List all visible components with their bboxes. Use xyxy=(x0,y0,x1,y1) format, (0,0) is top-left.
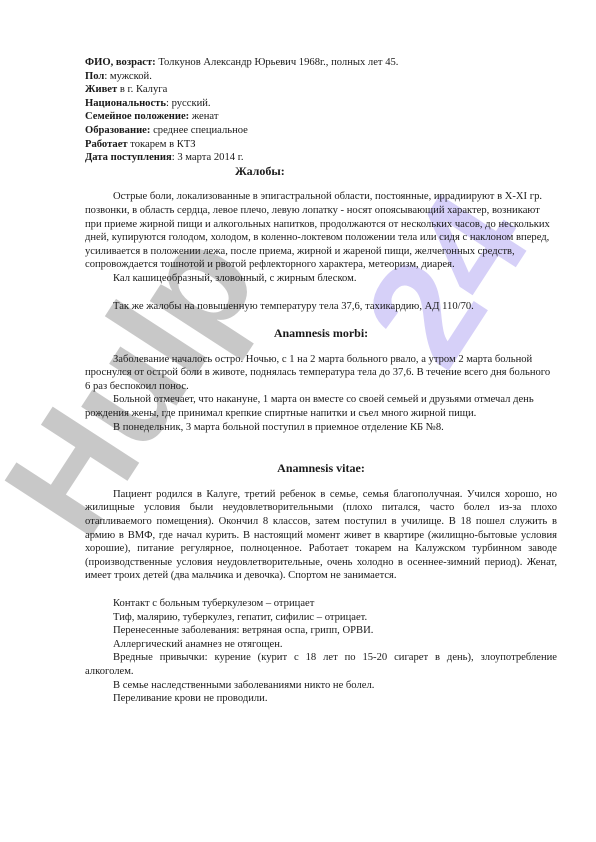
vitae-item-infections: Тиф, малярию, туберкулез, гепатит, сифил… xyxy=(85,611,557,625)
field-label: Пол xyxy=(85,71,104,82)
field-label: Национальность xyxy=(85,98,166,109)
additional-complaints: Так же жалобы на повышенную температуру … xyxy=(85,300,557,314)
complaints-heading: Жалобы: xyxy=(235,165,557,179)
patient-job-line: Работает токарем в КТЗ xyxy=(85,138,557,152)
field-label: ФИО, возраст: xyxy=(85,57,156,68)
patient-name-line: ФИО, возраст: Толкунов Александр Юрьевич… xyxy=(85,56,557,70)
vitae-item-transfusion: Переливание крови не проводили. xyxy=(85,692,557,706)
vitae-paragraph: Пациент родился в Калуге, третий ребенок… xyxy=(85,488,557,583)
anamnesis-vitae-heading: Anamnesis vitae: xyxy=(85,462,557,476)
patient-admission-line: Дата поступления: 3 марта 2014 г. xyxy=(85,151,557,165)
field-value: : 3 марта 2014 г. xyxy=(172,152,244,163)
anamnesis-morbi-heading: Anamnesis morbi: xyxy=(85,327,557,341)
patient-residence-line: Живет в г. Калуга xyxy=(85,83,557,97)
field-label: Дата поступления xyxy=(85,152,172,163)
field-value: женат xyxy=(189,111,218,122)
document-page: Hulp 24 ФИО, возраст: Толкунов Александр… xyxy=(0,0,596,842)
document-content: ФИО, возраст: Толкунов Александр Юрьевич… xyxy=(85,56,557,706)
vitae-item-allergy: Аллергический анамнез не отягощен. xyxy=(85,638,557,652)
field-label: Семейное положение: xyxy=(85,111,189,122)
vitae-item-heredity: В семье наследственными заболеваниями ни… xyxy=(85,679,557,693)
vitae-item-past-diseases: Перенесенные заболевания: ветряная оспа,… xyxy=(85,624,557,638)
stool-paragraph: Кал кашицеобразный, зловонный, с жирным … xyxy=(85,272,557,286)
field-value: : мужской. xyxy=(104,71,152,82)
morbi-paragraph-1: Заболевание началось остро. Ночью, с 1 н… xyxy=(85,353,557,394)
patient-sex-line: Пол: мужской. xyxy=(85,70,557,84)
patient-nationality-line: Национальность: русский. xyxy=(85,97,557,111)
vitae-item-tb-contact: Контакт с больным туберкулезом – отрицае… xyxy=(85,597,557,611)
field-value: Толкунов Александр Юрьевич 1968г., полны… xyxy=(156,57,399,68)
field-label: Живет xyxy=(85,84,117,95)
field-label: Образование: xyxy=(85,125,150,136)
patient-marital-line: Семейное положение: женат xyxy=(85,110,557,124)
morbi-paragraph-3: В понедельник, 3 марта больной поступил … xyxy=(85,421,557,435)
field-label: Работает xyxy=(85,139,128,150)
field-value: : русский. xyxy=(166,98,211,109)
vitae-habits: Вредные привычки: курение (курит с 18 ле… xyxy=(85,651,557,678)
field-value: токарем в КТЗ xyxy=(128,139,196,150)
field-value: среднее специальное xyxy=(150,125,247,136)
patient-info: ФИО, возраст: Толкунов Александр Юрьевич… xyxy=(85,56,557,165)
morbi-paragraph-2: Больной отмечает, что накануне, 1 марта … xyxy=(85,393,557,420)
patient-education-line: Образование: среднее специальное xyxy=(85,124,557,138)
field-value: в г. Калуга xyxy=(117,84,167,95)
complaints-paragraph: Острые боли, локализованные в эпигастрал… xyxy=(85,190,557,272)
